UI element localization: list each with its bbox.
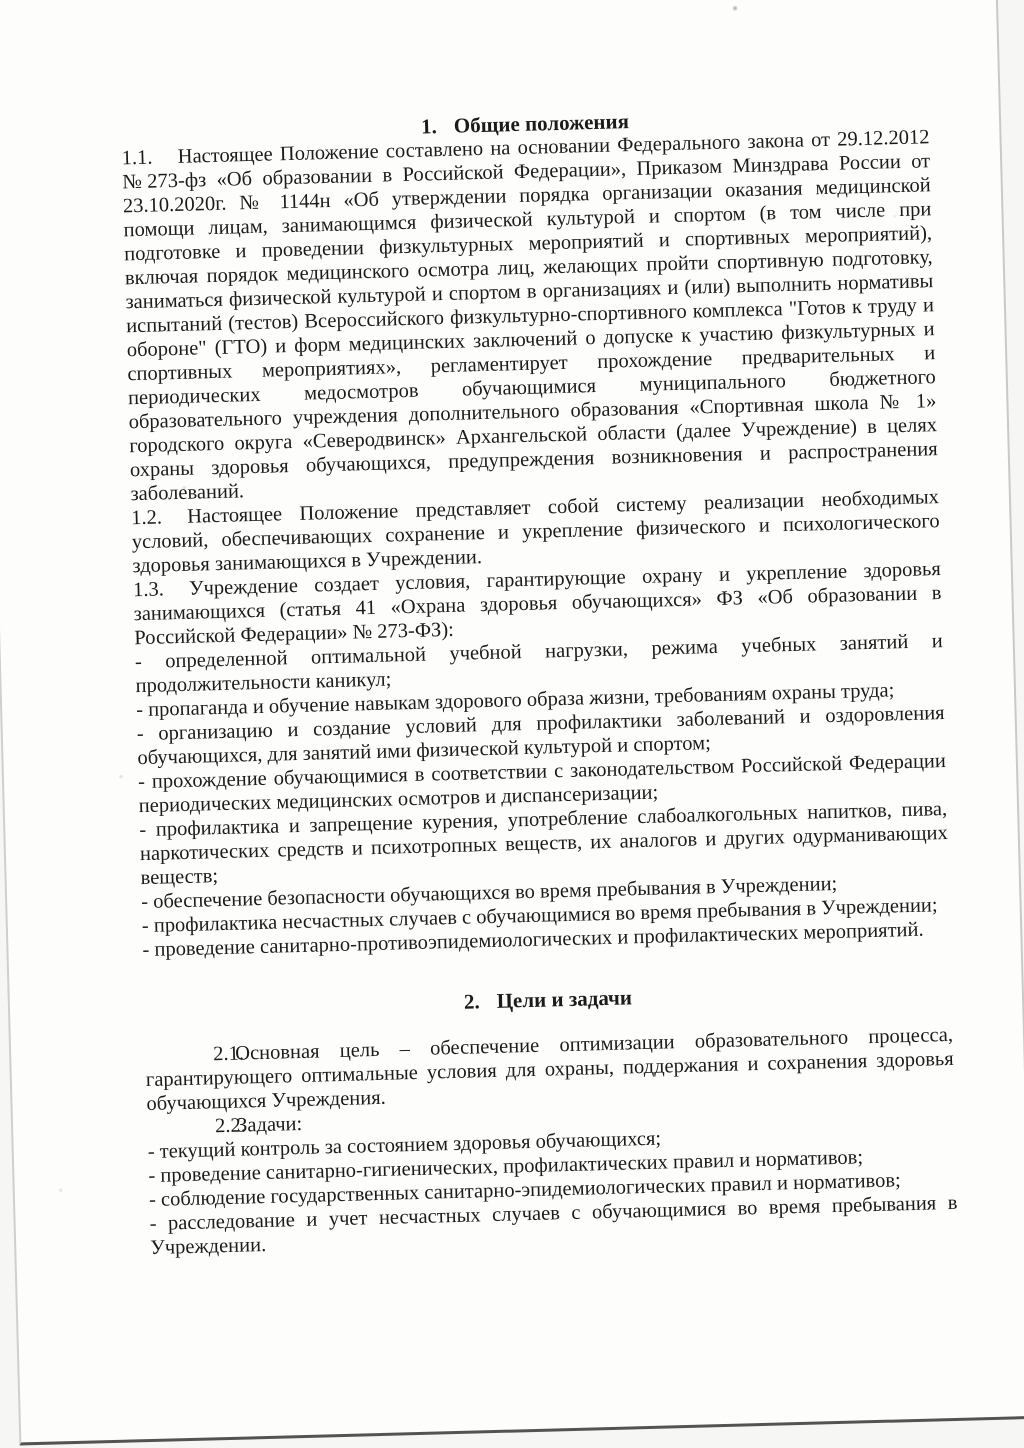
paragraph-number: 2.1. xyxy=(179,1042,236,1067)
scan-background: 1.Общие положения 1.1.Настоящее Положени… xyxy=(0,0,1024,1448)
section-2-title: Цели и задачи xyxy=(496,985,632,1013)
document-page: 1.Общие положения 1.1.Настоящее Положени… xyxy=(0,0,1024,1445)
paragraph-text: Настоящее Положение составлено на основа… xyxy=(122,126,938,505)
section-1-number: 1. xyxy=(421,114,437,138)
paragraph-1-1: 1.1.Настоящее Положение составлено на ос… xyxy=(121,125,938,506)
section-2-number: 2. xyxy=(464,989,480,1013)
paragraph-number: 1.3. xyxy=(133,577,190,602)
paragraph-text: Задачи: xyxy=(237,1113,303,1137)
paragraph-number: 2.2. xyxy=(181,1114,238,1139)
section-2-heading: 2.Цели и задачи xyxy=(144,977,952,1022)
paragraph-number: 1.1. xyxy=(121,145,178,170)
paragraph-number: 1.2. xyxy=(131,505,188,530)
